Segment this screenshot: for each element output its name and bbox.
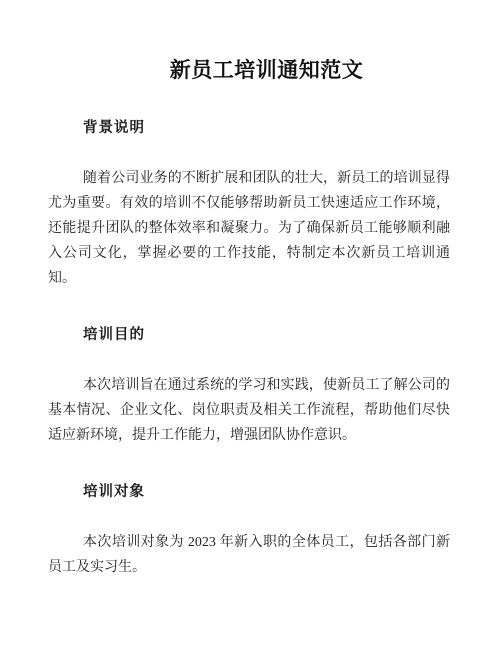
section-heading-background: 背景说明 xyxy=(48,118,450,139)
section-paragraph-purpose: 本次培训旨在通过系统的学习和实践，使新员工了解公司的基本情况、企业文化、岗位职责… xyxy=(48,373,450,448)
section-background: 背景说明 随着公司业务的不断扩展和团队的壮大，新员工的培训显得尤为重要。有效的培… xyxy=(48,118,450,291)
section-audience: 培训对象 本次培训对象为 2023 年新入职的全体员工，包括各部门新员工及实习生… xyxy=(48,482,450,580)
section-heading-audience: 培训对象 xyxy=(48,482,450,503)
section-paragraph-audience: 本次培训对象为 2023 年新入职的全体员工，包括各部门新员工及实习生。 xyxy=(48,530,450,580)
section-paragraph-background: 随着公司业务的不断扩展和团队的壮大，新员工的培训显得尤为重要。有效的培训不仅能够… xyxy=(48,166,450,291)
section-purpose: 培训目的 本次培训旨在通过系统的学习和实践，使新员工了解公司的基本情况、企业文化… xyxy=(48,325,450,448)
document-title: 新员工培训通知范文 xyxy=(83,56,450,86)
section-heading-purpose: 培训目的 xyxy=(48,325,450,346)
document-page: 新员工培训通知范文 背景说明 随着公司业务的不断扩展和团队的壮大，新员工的培训显… xyxy=(0,0,500,647)
document-body: 新员工培训通知范文 背景说明 随着公司业务的不断扩展和团队的壮大，新员工的培训显… xyxy=(0,0,500,580)
